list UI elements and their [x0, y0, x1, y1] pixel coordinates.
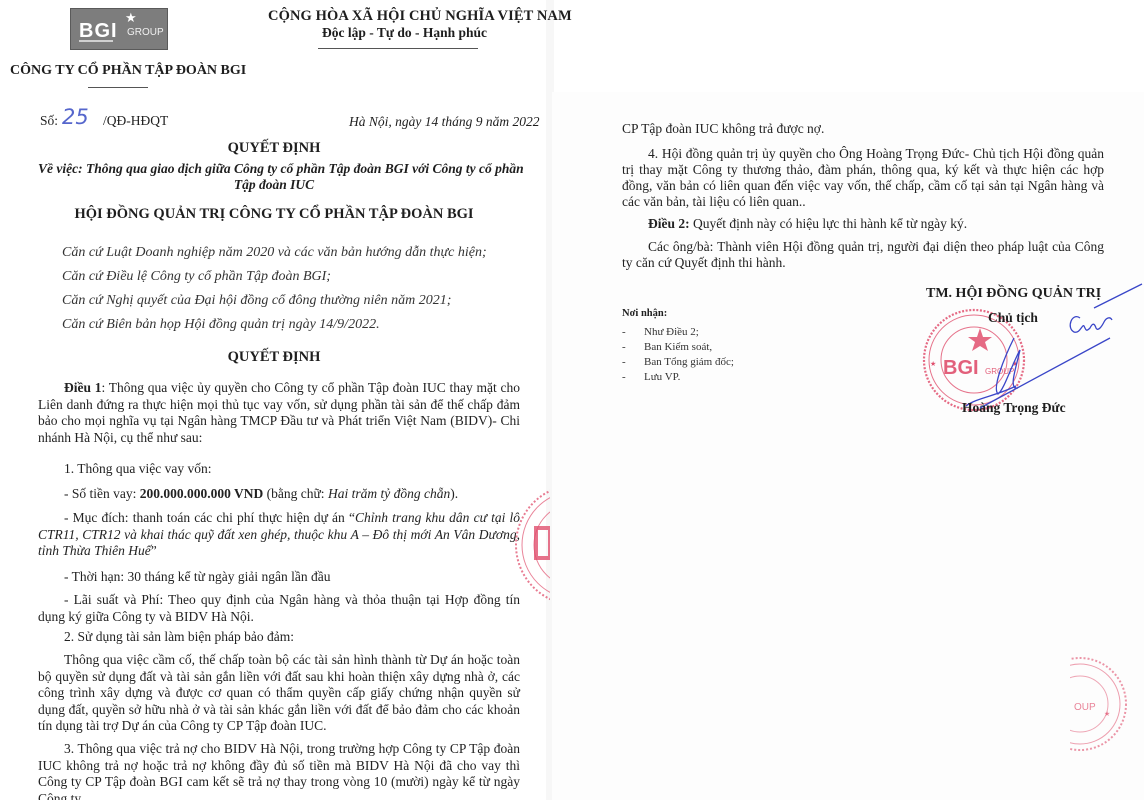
article-2-label: Điều 2: — [648, 216, 690, 231]
recipient-item: -Ban Tổng giám đốc; — [622, 356, 734, 368]
item-4-text: 4. Hội đồng quản trị ủy quyền cho Ông Ho… — [622, 146, 1104, 210]
recipient-label: Như Điều 2; — [644, 326, 699, 338]
recipients-title: Nơi nhận: — [622, 308, 667, 319]
recipient-item: -Như Điều 2; — [622, 326, 699, 338]
reference-number: 25 — [62, 105, 89, 129]
place-date: Hà Nội, ngày 14 tháng 9 năm 2022 — [349, 114, 540, 130]
recipient-item: -Ban Kiểm soát, — [622, 341, 712, 353]
recipient-label: Ban Kiểm soát, — [644, 341, 712, 353]
item-2-title: 2. Sử dụng tài sản làm biện pháp bảo đảm… — [64, 629, 294, 645]
item-1-title: 1. Thông qua việc vay vốn: — [64, 461, 211, 477]
item-3-text: 3. Thông qua việc trả nợ cho BIDV Hà Nội… — [38, 741, 520, 800]
loan-amount: 200.000.000.000 VND — [140, 486, 264, 501]
subject-line-1: Về việc: Thông qua giao dịch giữa Công t… — [38, 161, 524, 177]
loan-words: Hai trăm tỷ đồng chẵn — [328, 486, 450, 501]
article-2: Điều 2: Quyết định này có hiệu lực thi h… — [622, 216, 1104, 232]
company-underline — [88, 87, 148, 88]
basis-line: Căn cứ Điều lệ Công ty cổ phần Tập đoàn … — [62, 269, 331, 285]
reference-suffix: /QĐ-HĐQT — [103, 113, 168, 129]
loan-term: - Thời hạn: 30 tháng kể từ ngày giải ngâ… — [64, 569, 331, 585]
loan-words-suffix: ). — [450, 486, 458, 501]
motto: Độc lập - Tự do - Hạnh phúc — [322, 25, 487, 41]
basis-line: Căn cứ Luật Doanh nghiệp năm 2020 và các… — [62, 245, 487, 261]
signature-role: Chủ tịch — [988, 310, 1038, 326]
subject-line-2: Tập đoàn IUC — [0, 177, 548, 193]
recipient-item: -Lưu VP. — [622, 371, 680, 383]
purpose-suffix: ” — [151, 543, 157, 558]
article-1-label: Điều 1 — [64, 380, 102, 395]
company-logo: BGI ★ GROUP — [70, 8, 168, 50]
decision-title: QUYẾT ĐỊNH — [0, 349, 548, 366]
issuer-heading: HỘI ĐỒNG QUẢN TRỊ CÔNG TY CỔ PHẦN TẬP ĐO… — [0, 206, 548, 223]
article-1-text: : Thông qua việc ủy quyền cho Công ty cổ… — [38, 380, 520, 445]
interest-fees: - Lãi suất và Phí: Theo quy định của Ngâ… — [38, 592, 520, 625]
logo-suffix: GROUP — [127, 27, 164, 38]
basis-line: Căn cứ Nghị quyết của Đại hội đồng cổ đô… — [62, 293, 451, 309]
motto-underline — [318, 48, 478, 49]
document-title: QUYẾT ĐỊNH — [0, 140, 548, 157]
loan-words-prefix: (bằng chữ: — [263, 486, 328, 501]
basis-line: Căn cứ Biên bản họp Hội đồng quản trị ng… — [62, 317, 380, 333]
recipient-label: Lưu VP. — [644, 371, 680, 383]
nation-heading: CỘNG HÒA XÃ HỘI CHỦ NGHĨA VIỆT NAM — [268, 8, 572, 25]
purpose: - Mục đích: thanh toán các chi phí thực … — [38, 510, 520, 560]
loan-amount-line: - Số tiền vay: 200.000.000.000 VND (bằng… — [64, 486, 458, 502]
item-2-text: Thông qua việc cầm cố, thế chấp toàn bộ … — [38, 652, 520, 735]
execution-clause: Các ông/bà: Thành viên Hội đồng quản trị… — [622, 239, 1104, 271]
company-name: CÔNG TY CỔ PHẦN TẬP ĐOÀN BGI — [10, 63, 246, 79]
star-icon: ★ — [125, 10, 137, 26]
loan-amount-label: - Số tiền vay: — [64, 486, 140, 501]
signature-board: TM. HỘI ĐỒNG QUẢN TRỊ — [926, 286, 1101, 302]
article-1: Điều 1: Thông qua việc ủy quyền cho Công… — [38, 380, 520, 446]
signatory-name: Hoàng Trọng Đức — [962, 400, 1066, 416]
logo-tagline — [79, 40, 113, 42]
purpose-prefix: - Mục đích: thanh toán các chi phí thực … — [64, 510, 355, 525]
reference-label: Số: — [40, 113, 58, 129]
article-2-text: Quyết định này có hiệu lực thi hành kể t… — [690, 216, 967, 231]
recipient-label: Ban Tổng giám đốc; — [644, 356, 734, 368]
item-3-continued: CP Tập đoàn IUC không trả được nợ. — [622, 121, 824, 137]
